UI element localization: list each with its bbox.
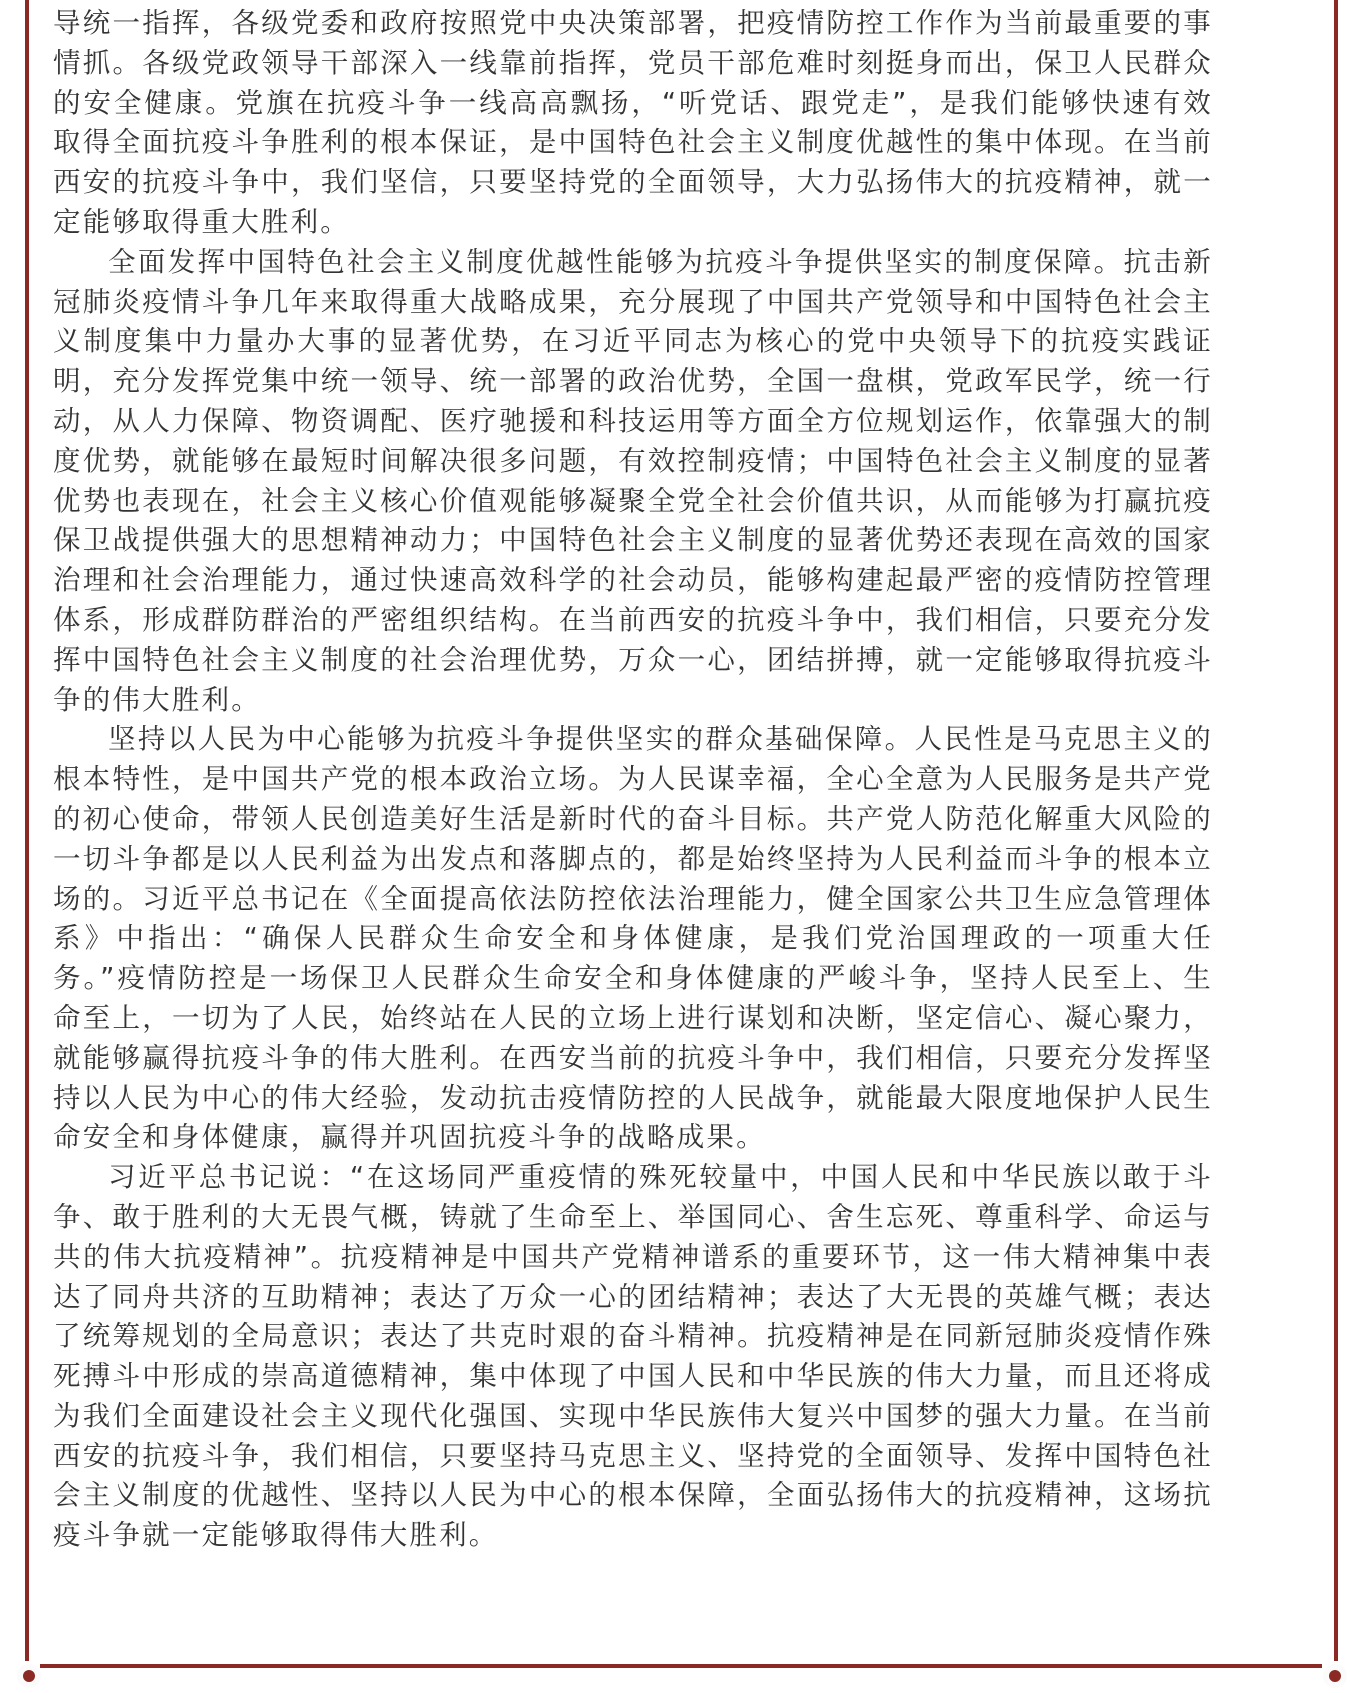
corner-dot-right-icon — [1323, 1664, 1347, 1688]
paragraph-continued: 导统一指挥，各级党委和政府按照党中央决策部署，把疫情防控工作作为当前最重要的事情… — [53, 4, 1213, 243]
article-text: 导统一指挥，各级党委和政府按照党中央决策部署，把疫情防控工作作为当前最重要的事情… — [53, 4, 1213, 1556]
paragraph-anti-epidemic-spirit: 习近平总书记说：“在这场同严重疫情的殊死较量中，中国人民和中华民族以敢于斗争、敢… — [53, 1158, 1213, 1556]
paragraph-people-centered: 坚持以人民为中心能够为抗疫斗争提供坚实的群众基础保障。人民性是马克思主义的根本特… — [53, 720, 1213, 1158]
corner-dot-left-icon — [17, 1664, 41, 1688]
frame-bottom-border — [40, 1664, 1322, 1668]
paragraph-institutional-advantage: 全面发挥中国特色社会主义制度优越性能够为抗疫斗争提供坚实的制度保障。抗击新冠肺炎… — [53, 243, 1213, 721]
frame-right-border — [1334, 0, 1338, 1661]
frame-left-border — [25, 0, 29, 1661]
